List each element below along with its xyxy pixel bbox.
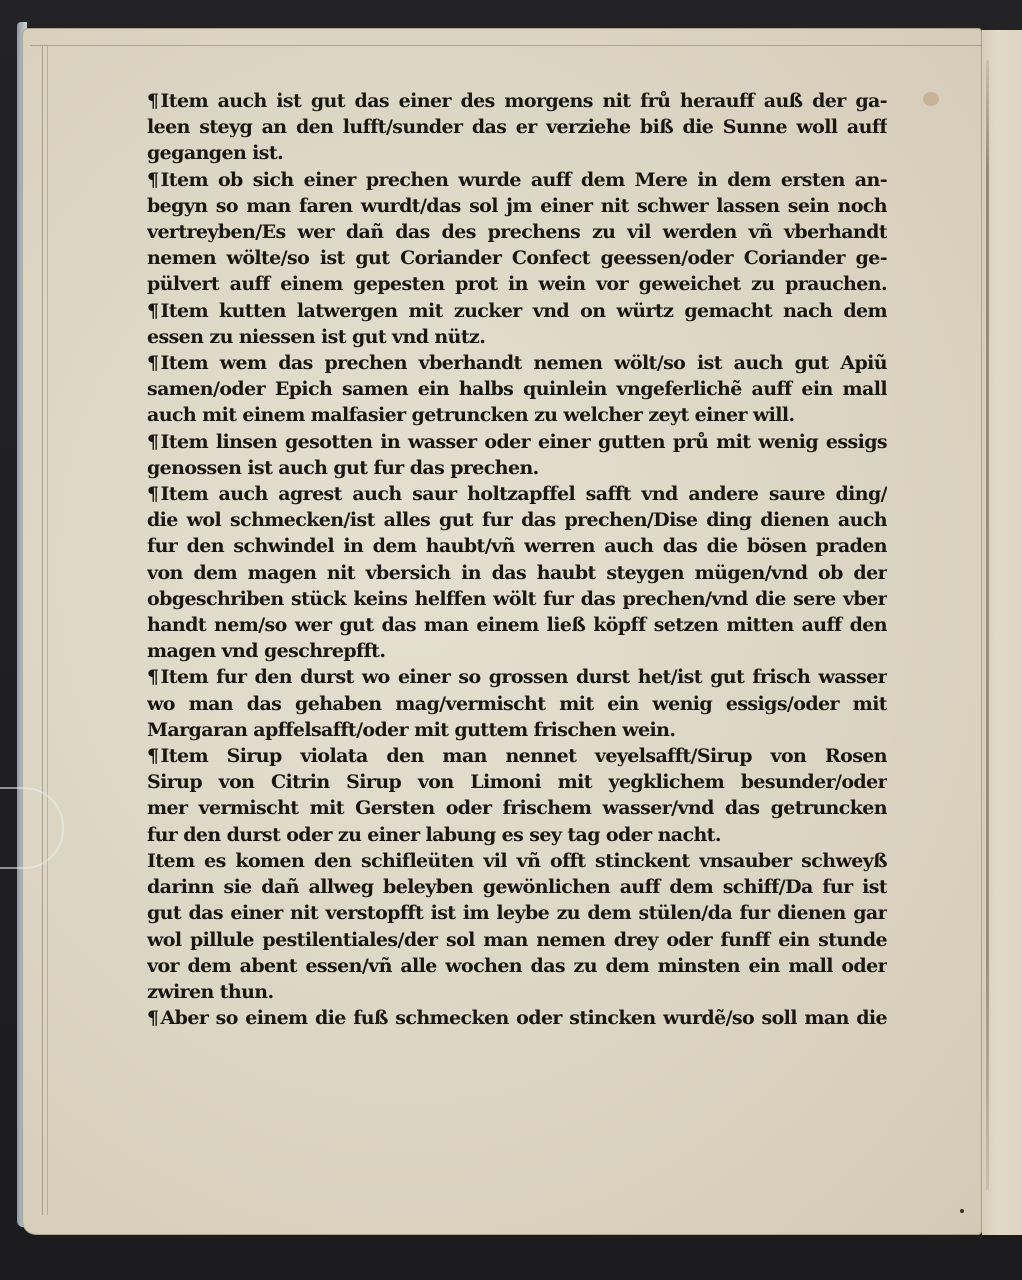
foxing-stain (923, 92, 939, 106)
text-line: ¶Item auch agrest auch saur holtzapffel … (147, 481, 887, 507)
ink-speck (960, 1209, 964, 1213)
text-line: magen vnd geschrepfft. (147, 638, 887, 664)
pilcrow-marker: ¶ (147, 483, 159, 505)
text-line: wo man das gehaben mag/vermischt mit ein… (147, 691, 887, 717)
text-line: pülvert auff einem gepesten prot in wein… (147, 271, 887, 297)
text-line: von dem magen nit vbersich in das haubt … (147, 560, 887, 586)
paragraph: ¶Item linsen gesotten in wasser oder ein… (147, 429, 887, 481)
text-line: essen zu niessen ist gut vnd nütz. (147, 324, 887, 350)
text-line: handt nem/so wer gut das man einem ließ … (147, 612, 887, 638)
paragraph: ¶Item ob sich einer prechen wurde auff d… (147, 167, 887, 298)
text-line: leen steyg an den lufft/sunder das er ve… (147, 114, 887, 140)
paragraph: ¶Item fur den durst wo einer so grossen … (147, 664, 887, 743)
page-text: ¶Item auch ist gut das einer des morgens… (147, 88, 887, 1031)
text-line: Sirup von Citrin Sirup von Limoni mit ye… (147, 769, 887, 795)
paragraph: ¶Aber so einem die fuß schmecken oder st… (147, 1005, 887, 1031)
text-line: wol pillule pestilentiales/der sol man n… (147, 927, 887, 953)
text-line: Item es komen den schifleüten vil vñ off… (147, 848, 887, 874)
pilcrow-marker: ¶ (147, 90, 159, 112)
paragraph: ¶Item auch ist gut das einer des morgens… (147, 88, 887, 167)
pilcrow-marker: ¶ (147, 666, 159, 688)
paragraph: ¶Item Sirup violata den man nennet veyel… (147, 743, 887, 848)
paragraph: ¶Item wem das prechen vberhandt nemen wö… (147, 350, 887, 429)
paragraph: ¶Item auch agrest auch saur holtzapffel … (147, 481, 887, 664)
text-line: gegangen ist. (147, 140, 887, 166)
text-line: Margaran apffelsafft/oder mit guttem fri… (147, 717, 887, 743)
pilcrow-marker: ¶ (147, 745, 159, 767)
pilcrow-marker: ¶ (147, 1007, 159, 1029)
pilcrow-marker: ¶ (147, 431, 159, 453)
text-line: ¶Item kutten latwergen mit zucker vnd on… (147, 298, 887, 324)
text-line: darinn sie dañ allweg beleyben gewönlich… (147, 874, 887, 900)
text-line: auch mit einem malfasier getruncken zu w… (147, 402, 887, 428)
text-line: begyn so man faren wurdt/das sol jm eine… (147, 193, 887, 219)
text-line: obgeschriben stück keins helffen wölt fu… (147, 586, 887, 612)
text-line: ¶Item linsen gesotten in wasser oder ein… (147, 429, 887, 455)
text-line: ¶Item Sirup violata den man nennet veyel… (147, 743, 887, 769)
text-line: fur den durst oder zu einer labung es se… (147, 822, 887, 848)
text-line: samen/oder Epich samen ein halbs quinlei… (147, 376, 887, 402)
text-line: vertreyben/Es wer dañ das des prechens z… (147, 219, 887, 245)
text-line: gut das einer nit verstopfft ist im leyb… (147, 900, 887, 926)
pilcrow-marker: ¶ (147, 169, 159, 191)
text-line: ¶Item auch ist gut das einer des morgens… (147, 88, 887, 114)
text-line: genossen ist auch gut fur das prechen. (147, 455, 887, 481)
text-line: nemen wölte/so ist gut Coriander Confect… (147, 245, 887, 271)
text-line: die wol schmecken/ist alles gut fur das … (147, 507, 887, 533)
pilcrow-marker: ¶ (147, 300, 159, 322)
text-line: ¶Aber so einem die fuß schmecken oder st… (147, 1005, 887, 1031)
text-line: zwiren thun. (147, 979, 887, 1005)
text-line: ¶Item wem das prechen vberhandt nemen wö… (147, 350, 887, 376)
text-line: ¶Item ob sich einer prechen wurde auff d… (147, 167, 887, 193)
text-line: mer vermischt mit Gersten oder frischem … (147, 795, 887, 821)
pilcrow-marker: ¶ (147, 352, 159, 374)
text-line: ¶Item fur den durst wo einer so grossen … (147, 664, 887, 690)
text-line: fur den schwindel in dem haubt/vñ werren… (147, 533, 887, 559)
gutter-crease (986, 60, 989, 1190)
paragraph: Item es komen den schifleüten vil vñ off… (147, 848, 887, 1005)
text-line: vor dem abent essen/vñ alle wochen das z… (147, 953, 887, 979)
paragraph: ¶Item kutten latwergen mit zucker vnd on… (147, 298, 887, 350)
